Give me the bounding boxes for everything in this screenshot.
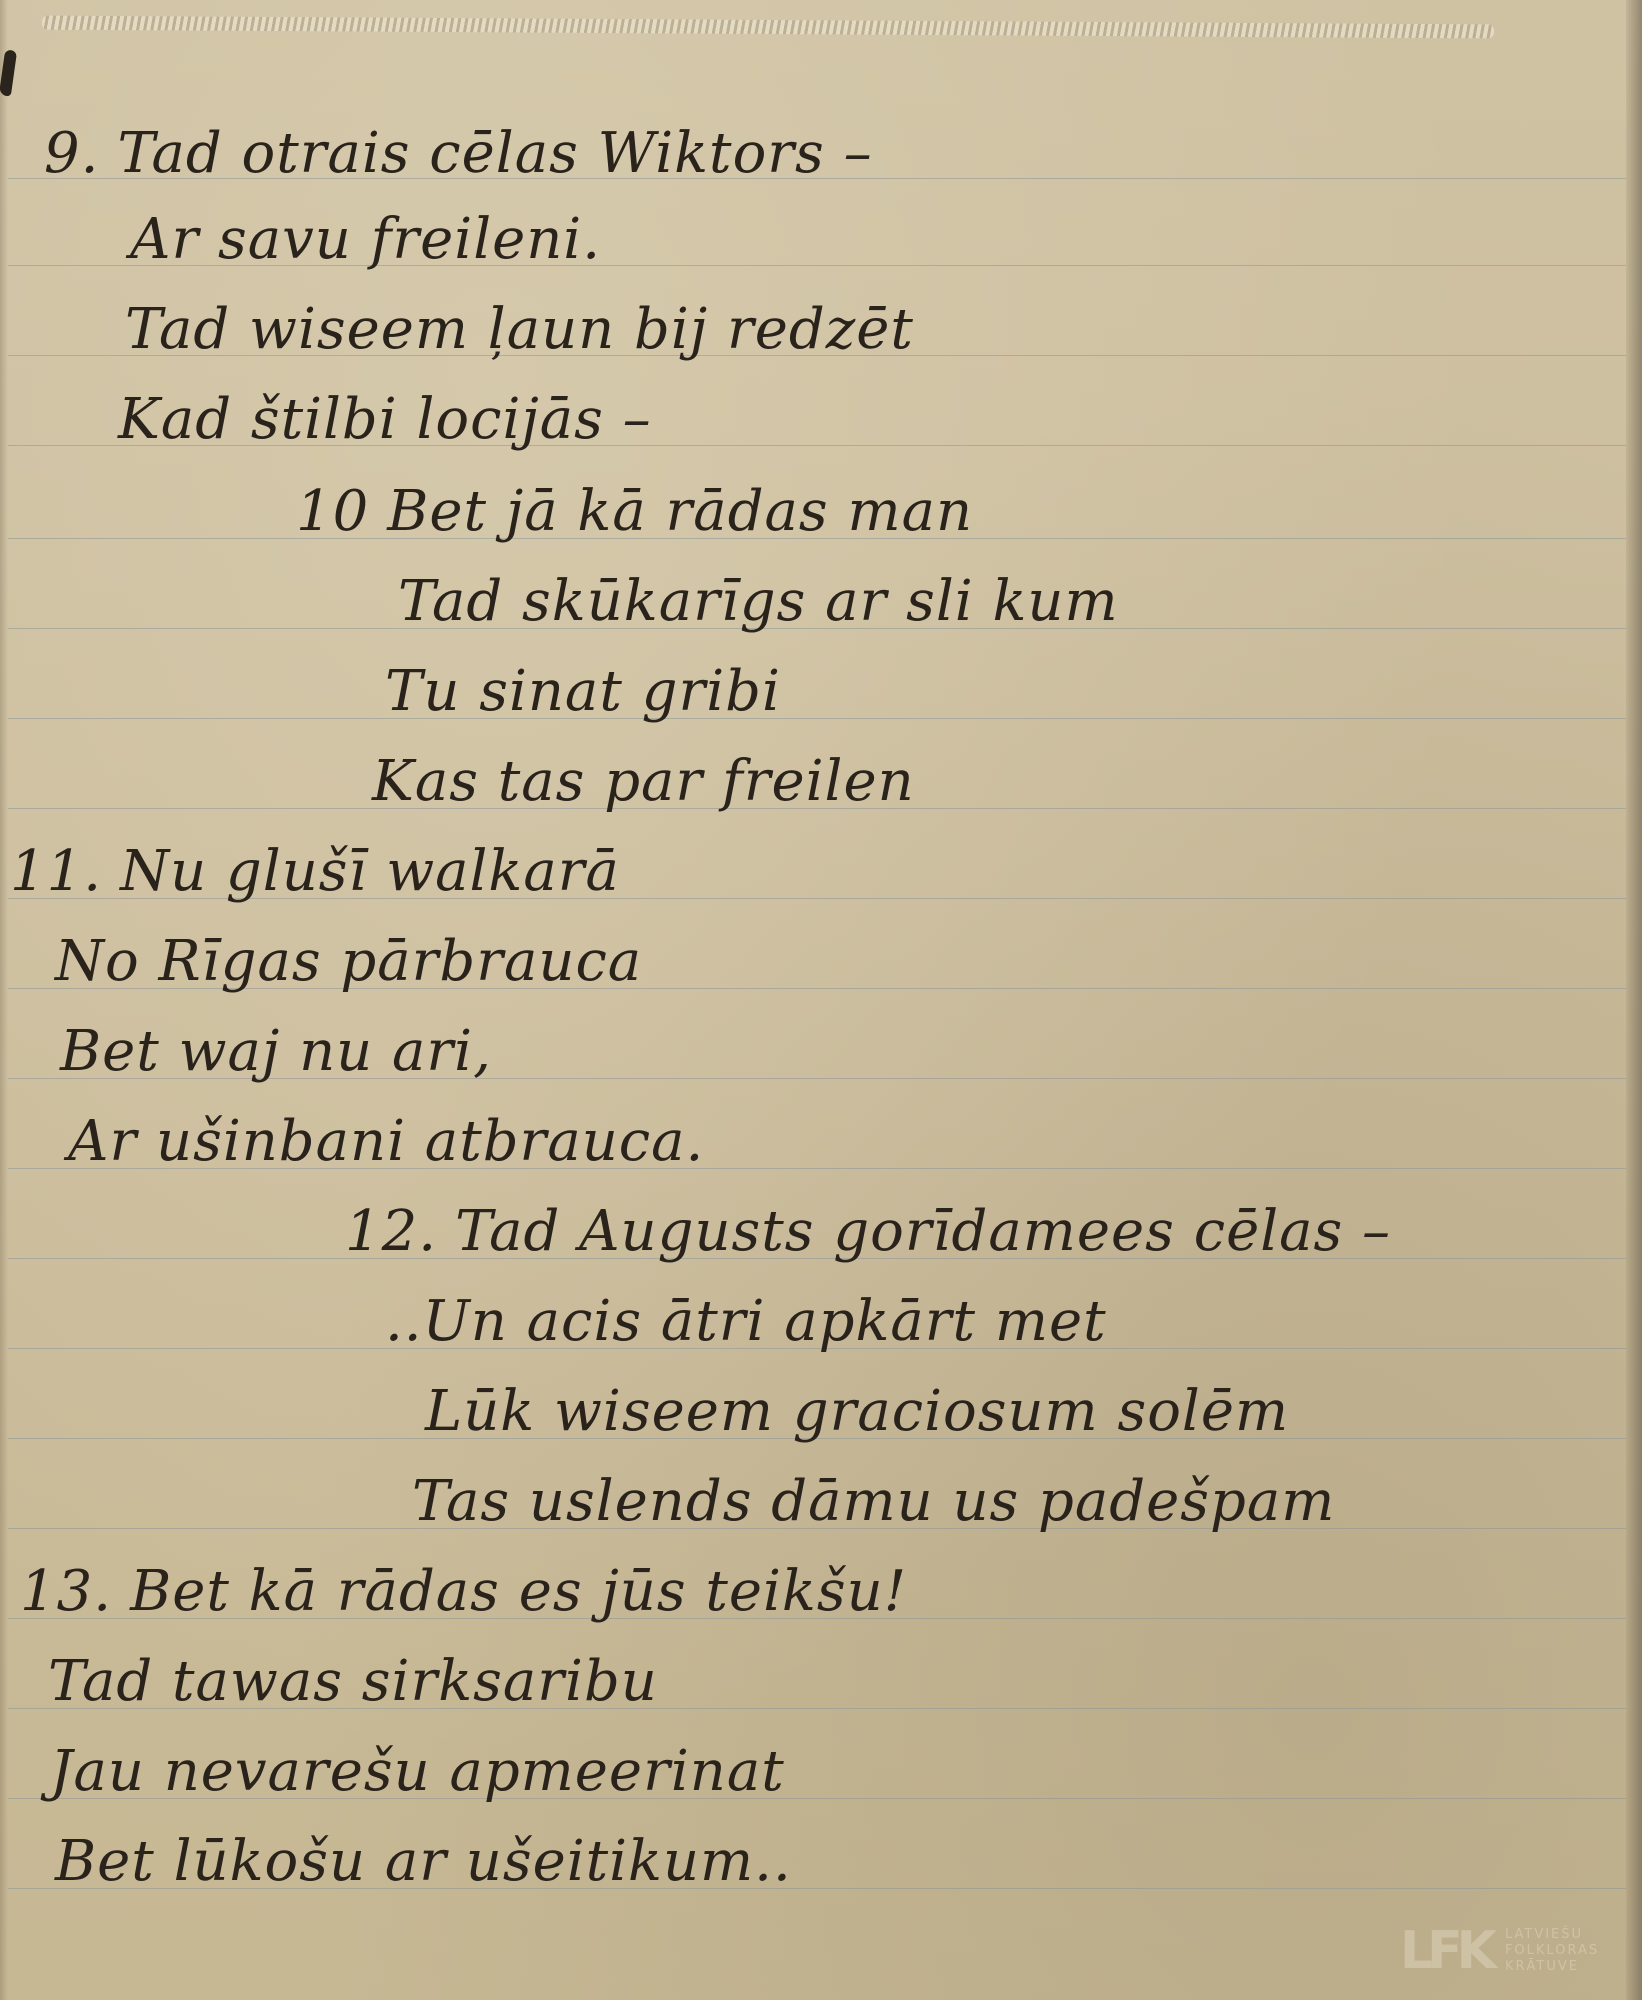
- stanza-12-line-1: 12.Tad Augusts gorīdamees cēlas –: [345, 1200, 1391, 1264]
- verse-line: Jau nevarešu apmeerinat: [50, 1739, 785, 1804]
- stanza-10-line-2: Tad skūkarīgs ar sli kum: [398, 570, 1119, 634]
- stanza-13-line-3: Jau nevarešu apmeerinat: [50, 1740, 785, 1804]
- stanza-9-line-4: Kad štilbi locijās –: [118, 388, 652, 452]
- verse-line: Kad štilbi locijās –: [118, 387, 652, 452]
- verse-line: Bet waj nu ari,: [60, 1019, 492, 1084]
- stanza-13-line-2: Tad tawas sirksaribu: [48, 1650, 658, 1714]
- binding-stitching: [42, 16, 1494, 39]
- verse-line: Ar savu freileni.: [130, 207, 601, 272]
- rule-line: [8, 718, 1626, 719]
- stanza-number: 12.: [345, 1199, 437, 1264]
- stanza-number: 9.: [44, 121, 99, 186]
- verse-line: Tad otrais cēlas Wiktors –: [117, 121, 872, 186]
- stanza-12-line-4: Tas uslends dāmu us padešpam: [412, 1470, 1335, 1534]
- stanza-12-line-2: ..Un acis ātri apkārt met: [385, 1290, 1107, 1354]
- archive-logo-icon: LFK: [1400, 1921, 1491, 1981]
- verse-line: Ar ušinbani atbrauca.: [68, 1109, 704, 1174]
- stanza-9-line-2: Ar savu freileni.: [130, 208, 601, 272]
- stanza-number: 13.: [20, 1559, 112, 1624]
- verse-line: Bet kā rādas es jūs teikšu!: [130, 1559, 907, 1624]
- page-left-edge: [0, 0, 8, 2000]
- verse-line: Tas uslends dāmu us padešpam: [412, 1469, 1335, 1534]
- verse-line: Tad skūkarīgs ar sli kum: [398, 569, 1119, 634]
- notebook-page: 9.Tad otrais cēlas Wiktors – Ar savu fre…: [0, 0, 1642, 2000]
- stanza-10-line-3: Tu sinat gribi: [385, 660, 781, 724]
- verse-line: No Rīgas pārbrauca: [55, 929, 642, 994]
- stanza-number: 11.: [10, 839, 102, 904]
- verse-line: Kas tas par freilen: [372, 749, 915, 814]
- archive-watermark: LFK LATVIEŠU FOLKLORAS KRĀTUVE: [1400, 1915, 1630, 1987]
- archive-name: LATVIEŠU FOLKLORAS KRĀTUVE: [1505, 1927, 1599, 1975]
- archive-name-line: LATVIEŠU: [1505, 1927, 1599, 1943]
- stanza-number: 10: [296, 479, 369, 544]
- verse-line: Tad tawas sirksaribu: [48, 1649, 658, 1714]
- stanza-11-line-2: No Rīgas pārbrauca: [55, 930, 642, 994]
- stanza-9-line-1: 9.Tad otrais cēlas Wiktors –: [44, 122, 873, 186]
- stanza-10-line-1: 10Bet jā kā rādas man: [296, 480, 973, 544]
- stanza-9-line-3: Tad wiseem ļaun bij redzēt: [125, 298, 914, 362]
- page-right-edge-curl: [1626, 0, 1642, 2000]
- verse-line: Bet jā kā rādas man: [387, 479, 973, 544]
- verse-line: Tu sinat gribi: [385, 659, 781, 724]
- verse-line: Tad wiseem ļaun bij redzēt: [125, 297, 914, 362]
- verse-line: Tad Augusts gorīdamees cēlas –: [455, 1199, 1391, 1264]
- verse-line: ..Un acis ātri apkārt met: [385, 1289, 1107, 1354]
- stanza-11-line-1: 11.Nu glušī walkarā: [10, 840, 620, 904]
- verse-line: Lūk wiseem graciosum solēm: [425, 1379, 1289, 1444]
- stanza-13-line-1: 13.Bet kā rādas es jūs teikšu!: [20, 1560, 907, 1624]
- stanza-13-line-4: Bet lūkošu ar ušeitikum..: [55, 1830, 792, 1894]
- verse-line: Bet lūkošu ar ušeitikum..: [55, 1829, 792, 1894]
- verse-line: Nu glušī walkarā: [120, 839, 620, 904]
- stanza-12-line-3: Lūk wiseem graciosum solēm: [425, 1380, 1289, 1444]
- archive-name-line: KRĀTUVE: [1505, 1959, 1599, 1975]
- stanza-11-line-3: Bet waj nu ari,: [60, 1020, 492, 1084]
- archive-name-line: FOLKLORAS: [1505, 1943, 1599, 1959]
- stanza-11-line-4: Ar ušinbani atbrauca.: [68, 1110, 704, 1174]
- stanza-10-line-4: Kas tas par freilen: [372, 750, 915, 814]
